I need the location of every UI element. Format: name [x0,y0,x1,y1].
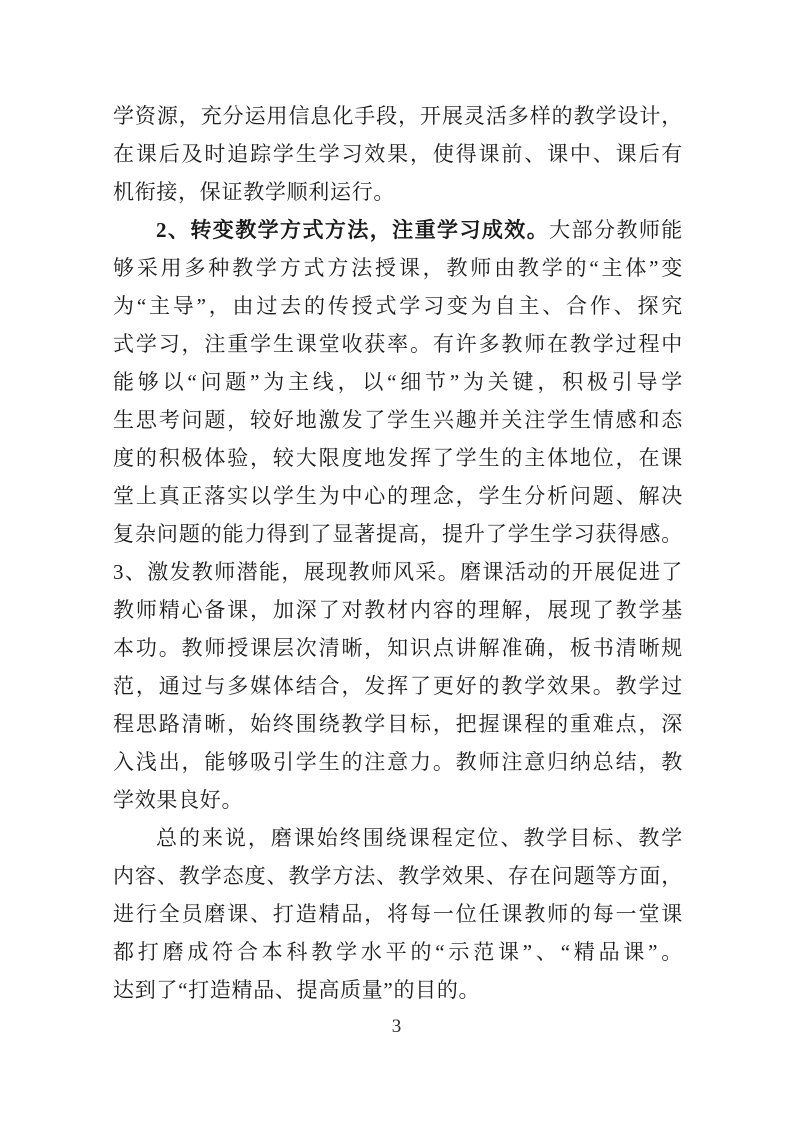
text-line: 为“主导”，由过去的传授式学习变为自主、合作、探究 [113,287,683,325]
text-line: 生思考问题，较好地激发了学生兴趣并关注学生情感和态 [113,401,683,439]
document-body: 学资源，充分运用信息化手段，开展灵活多样的教学设计，在课后及时追踪学生学习效果，… [113,97,683,1009]
text-line: 内容、教学态度、教学方法、教学效果、存在问题等方面， [113,857,683,895]
text-line: 都打磨成符合本科教学水平的“示范课”、“精品课”。 [113,933,683,971]
bold-section-heading: 2、转变教学方式方法，注重学习成效。 [156,218,549,242]
text-run: 都打磨成符合本科教学水平的“示范课”、“精品课”。 [113,940,683,964]
text-line: 堂上真正落实以学生为中心的理念，学生分析问题、解决 [113,477,683,515]
text-line: 总的来说，磨课始终围绕课程定位、教学目标、教学 [113,819,683,857]
text-run: 总的来说，磨课始终围绕课程定位、教学目标、教学 [156,826,683,850]
text-run: 为“主导”，由过去的传授式学习变为自主、合作、探究 [113,294,683,318]
text-run: 生思考问题，较好地激发了学生兴趣并关注学生情感和态 [113,408,683,432]
text-line: 在课后及时追踪学生学习效果，使得课前、课中、课后有 [113,135,683,173]
text-run: 范，通过与多媒体结合，发挥了更好的教学效果。教学过 [113,674,683,698]
text-run: 在课后及时追踪学生学习效果，使得课前、课中、课后有 [113,142,683,166]
text-line: 入浅出，能够吸引学生的注意力。教师注意归纳总结，教 [113,743,683,781]
text-line: 达到了“打造精品、提高质量”的目的。 [113,971,683,1009]
text-run: 达到了“打造精品、提高质量”的目的。 [113,978,480,1002]
text-line: 式学习，注重学生课堂收获率。有许多教师在教学过程中 [113,325,683,363]
text-line: 学资源，充分运用信息化手段，开展灵活多样的教学设计， [113,97,683,135]
text-run: 进行全员磨课、打造精品，将每一位任课教师的每一堂课 [113,902,683,926]
text-run: 教师精心备课，加深了对教材内容的理解，展现了教学基 [113,598,683,622]
text-run: 大部分教师能 [549,218,683,242]
text-line: 度的积极体验，较大限度地发挥了学生的主体地位，在课 [113,439,683,477]
text-run: 能够以“问题”为主线，以“细节”为关键，积极引导学 [113,370,683,394]
text-line: 能够以“问题”为主线，以“细节”为关键，积极引导学 [113,363,683,401]
text-run: 程思路清晰，始终围绕教学目标，把握课程的重难点，深 [113,712,683,736]
text-run: 内容、教学态度、教学方法、教学效果、存在问题等方面， [113,864,683,888]
page-footer: 3 [0,1016,793,1038]
text-run: 入浅出，能够吸引学生的注意力。教师注意归纳总结，教 [113,750,683,774]
text-run: 度的积极体验，较大限度地发挥了学生的主体地位，在课 [113,446,683,470]
text-line: 够采用多种教学方式方法授课，教师由教学的“主体”变 [113,249,683,287]
page-number: 3 [392,1016,402,1037]
text-line: 进行全员磨课、打造精品，将每一位任课教师的每一堂课 [113,895,683,933]
text-line: 2、转变教学方式方法，注重学习成效。大部分教师能 [113,211,683,249]
text-line: 机衔接，保证教学顺利运行。 [113,173,683,211]
text-run: 堂上真正落实以学生为中心的理念，学生分析问题、解决 [113,484,683,508]
text-line: 本功。教师授课层次清晰，知识点讲解准确，板书清晰规 [113,629,683,667]
text-line: 程思路清晰，始终围绕教学目标，把握课程的重难点，深 [113,705,683,743]
text-line: 教师精心备课，加深了对教材内容的理解，展现了教学基 [113,591,683,629]
document-page: 学资源，充分运用信息化手段，开展灵活多样的教学设计，在课后及时追踪学生学习效果，… [0,0,793,1122]
text-line: 3、激发教师潜能，展现教师风采。磨课活动的开展促进了 [113,553,683,591]
text-run: 够采用多种教学方式方法授课，教师由教学的“主体”变 [113,256,683,280]
text-line: 范，通过与多媒体结合，发挥了更好的教学效果。教学过 [113,667,683,705]
text-line: 复杂问题的能力得到了显著提高，提升了学生学习获得感。 [113,515,683,553]
text-run: 式学习，注重学生课堂收获率。有许多教师在教学过程中 [113,332,683,356]
text-run: 本功。教师授课层次清晰，知识点讲解准确，板书清晰规 [113,636,683,660]
text-line: 学效果良好。 [113,781,683,819]
text-run: 学资源，充分运用信息化手段，开展灵活多样的教学设计， [113,104,683,128]
text-run: 3、激发教师潜能，展现教师风采。磨课活动的开展促进了 [113,560,683,584]
text-run: 学效果良好。 [113,788,243,812]
text-run: 复杂问题的能力得到了显著提高，提升了学生学习获得感。 [113,522,683,546]
text-run: 机衔接，保证教学顺利运行。 [113,180,395,204]
